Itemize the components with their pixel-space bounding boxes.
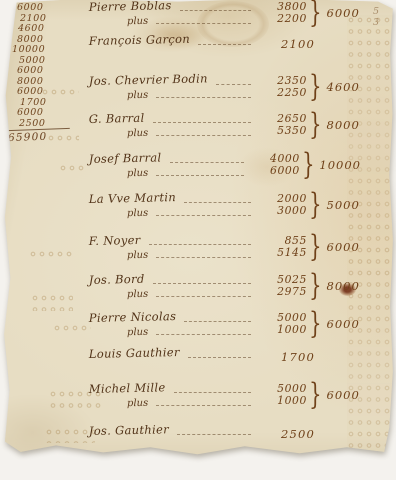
entry-amount: 5000 <box>277 312 307 324</box>
entry-total: 10000 <box>319 158 361 172</box>
leader-line <box>156 175 244 176</box>
leader-line <box>170 162 244 163</box>
leader-line <box>156 135 251 136</box>
entry-name: Pierre Boblas <box>89 0 172 14</box>
plus-label: plus <box>127 168 148 179</box>
bleedthrough-mark <box>45 427 95 443</box>
entry-name: Michel Mille <box>89 380 166 396</box>
ledger-entry: Josef Barral plus 40006000 } 10000 <box>89 153 361 179</box>
brace-icon: } <box>309 72 321 102</box>
margin-value: 4600 <box>18 24 69 35</box>
leader-line <box>156 296 251 297</box>
entry-amount: 2650 <box>277 113 307 125</box>
bleedthrough-mark <box>53 323 91 333</box>
entry-total: 4600 <box>327 80 360 94</box>
entry-total: 6000 <box>327 240 360 254</box>
entry-name: G. Barral <box>89 111 145 126</box>
ledger-entry: F. Noyer plus 8555145 } 6000 <box>89 235 361 261</box>
margin-sum-column: 6000 2100 4600 8000 10000 5000 6000 8000… <box>17 3 69 129</box>
brace-icon: } <box>309 309 321 339</box>
leader-line <box>216 84 251 85</box>
plus-label: plus <box>127 128 148 139</box>
entry-amount: 2100 <box>281 37 315 51</box>
brace-icon: } <box>309 190 321 220</box>
leader-line <box>156 334 251 335</box>
plus-label: plus <box>127 208 148 219</box>
leader-line <box>184 321 251 322</box>
entry-name: Jos. Chevrier Bodin <box>89 71 208 88</box>
leader-line <box>198 44 251 45</box>
entry-name: Josef Barral <box>89 150 162 166</box>
margin-value: 6000 <box>17 3 69 14</box>
leader-line <box>153 283 251 284</box>
ledger-entry: La Vve Martin plus 20003000 } 5000 <box>89 193 361 219</box>
brace-icon: } <box>309 232 321 262</box>
entry-total: 5000 <box>327 198 360 212</box>
entry-amount: 855 <box>285 235 307 247</box>
brace-icon: } <box>302 150 314 180</box>
brace-icon: } <box>309 271 321 301</box>
leader-line <box>156 97 251 98</box>
margin-column-total: 65900 <box>8 128 70 144</box>
plus-label: plus <box>127 16 148 27</box>
plus-label: plus <box>127 90 148 101</box>
leader-line <box>156 215 251 216</box>
entry-total: 8000 <box>327 279 360 293</box>
ledger-entry: Pierre Nicolas plus 50001000 } 6000 <box>89 312 361 338</box>
margin-value: 6000 <box>17 87 69 98</box>
entry-name: F. Noyer <box>89 233 141 248</box>
entry-amount: 5025 <box>277 274 307 286</box>
ledger-paper: 5 3 6000 2100 4600 8000 10000 5000 6000 <box>1 0 394 465</box>
entry-amount: 2200 <box>277 13 307 25</box>
entry-amount: 5350 <box>277 125 307 137</box>
leader-line <box>180 10 251 11</box>
entry-amount: 5145 <box>277 247 307 259</box>
ledger-entry: François Garçon 2100 <box>89 35 361 51</box>
entry-amount: 1700 <box>281 350 315 364</box>
entry-name: Jos. Bord <box>89 272 145 287</box>
entry-name: Louis Gauthier <box>89 345 180 361</box>
entry-name: Pierre Nicolas <box>89 309 177 325</box>
entry-name: Jos. Gauthier <box>89 422 169 438</box>
ledger-entry: Pierre Boblas plus 38002200 } 6000 <box>89 1 361 27</box>
leader-line <box>149 244 251 245</box>
bleedthrough-mark <box>29 249 75 259</box>
leader-line <box>156 405 251 406</box>
page-mark: 5 3 <box>373 6 394 28</box>
leader-line <box>184 202 251 203</box>
entry-amount: 2500 <box>281 427 315 441</box>
plus-label: plus <box>127 289 148 300</box>
leader-line <box>188 357 251 358</box>
ledger-entry: Jos. Chevrier Bodin plus 23502250 } 4600 <box>89 75 361 101</box>
plus-label: plus <box>127 250 148 261</box>
entry-name: François Garçon <box>89 32 190 48</box>
margin-value: 10000 <box>12 45 69 56</box>
scanned-manuscript-page: 5 3 6000 2100 4600 8000 10000 5000 6000 <box>0 0 396 480</box>
brace-icon: } <box>309 380 321 410</box>
ledger-entry: Jos. Bord plus 50252975 } 8000 <box>89 274 361 300</box>
entry-amount: 1000 <box>277 395 307 407</box>
entry-amount: 6000 <box>270 165 300 177</box>
leader-line <box>153 122 251 123</box>
entry-amount: 2350 <box>277 75 307 87</box>
plus-label: plus <box>127 327 148 338</box>
plus-label: plus <box>127 398 148 409</box>
entry-amount: 2000 <box>277 193 307 205</box>
bleedthrough-mark <box>59 163 87 172</box>
entry-total: 8000 <box>327 118 360 132</box>
leader-line <box>174 392 251 393</box>
bleedthrough-mark <box>31 293 73 311</box>
ledger-entry: Jos. Gauthier 2500 <box>89 425 361 441</box>
entry-name: La Vve Martin <box>89 190 176 206</box>
brace-icon: } <box>309 0 321 27</box>
entry-amount: 3000 <box>277 205 307 217</box>
margin-value: 6000 <box>17 66 69 77</box>
entry-amount: 4000 <box>270 153 300 165</box>
entry-total: 6000 <box>327 317 360 331</box>
entry-amount: 5000 <box>277 383 307 395</box>
entry-total: 6000 <box>327 6 360 20</box>
leader-line <box>177 434 251 435</box>
ledger-entry: Louis Gauthier 1700 <box>89 348 361 364</box>
entry-amount: 2975 <box>277 286 307 298</box>
leader-line <box>156 23 251 24</box>
leader-line <box>156 257 251 258</box>
entry-amount: 2250 <box>277 87 307 99</box>
margin-value: 6000 <box>17 108 69 119</box>
entry-amount: 3800 <box>277 1 307 13</box>
entry-amount: 1000 <box>277 324 307 336</box>
entry-total: 6000 <box>327 388 360 402</box>
ledger-entry: Michel Mille plus 50001000 } 6000 <box>89 383 361 409</box>
ledger-entry: G. Barral plus 26505350 } 8000 <box>89 113 361 139</box>
paper-shadow: 5 3 6000 2100 4600 8000 10000 5000 6000 <box>0 0 396 480</box>
brace-icon: } <box>309 110 321 140</box>
